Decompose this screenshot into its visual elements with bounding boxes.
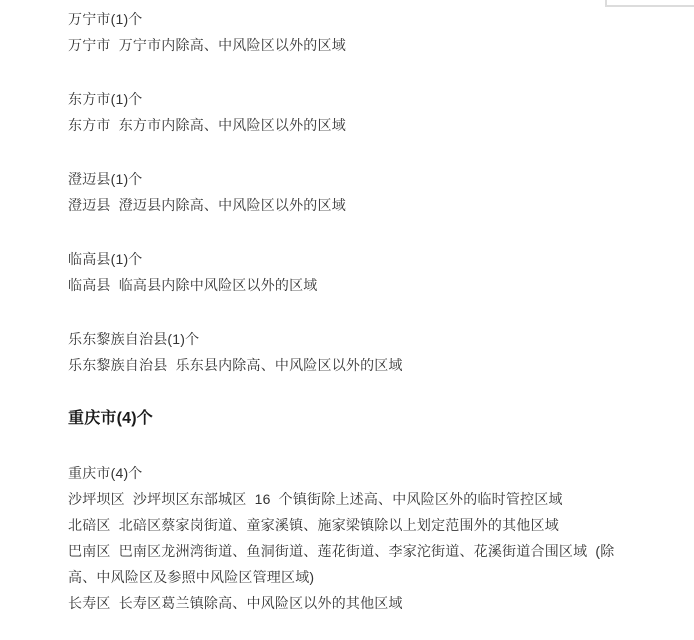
text-line: 临高县 临高县内除中风险区以外的区域 xyxy=(68,272,668,298)
text-line: 澄迈县(1)个 xyxy=(68,166,668,192)
region-group: 万宁市(1)个万宁市 万宁市内除高、中风险区以外的区域 xyxy=(68,6,668,58)
text-line: 万宁市 万宁市内除高、中风险区以外的区域 xyxy=(68,32,668,58)
text-line: 高、中风险区及参照中风险区管理区域) xyxy=(68,564,668,590)
text-line: 重庆市(4)个 xyxy=(68,406,668,432)
text-line: 东方市(1)个 xyxy=(68,86,668,112)
region-group: 东方市(1)个东方市 东方市内除高、中风险区以外的区域 xyxy=(68,86,668,138)
region-group: 临高县(1)个临高县 临高县内除中风险区以外的区域 xyxy=(68,246,668,298)
text-line: 重庆市(4)个 xyxy=(68,460,668,486)
text-line: 巴南区 巴南区龙洲湾街道、鱼洞街道、莲花街道、李家沱街道、花溪街道合围区域 (除 xyxy=(68,538,668,564)
text-line: 沙坪坝区 沙坪坝区东部城区 16 个镇街除上述高、中风险区外的临时管控区域 xyxy=(68,486,668,512)
text-line: 澄迈县 澄迈县内除高、中风险区以外的区域 xyxy=(68,192,668,218)
text-line: 乐东黎族自治县 乐东县内除高、中风险区以外的区域 xyxy=(68,352,668,378)
article: 万宁市(1)个万宁市 万宁市内除高、中风险区以外的区域东方市(1)个东方市 东方… xyxy=(68,6,668,640)
text-line: 临高县(1)个 xyxy=(68,246,668,272)
text-line: 万宁市(1)个 xyxy=(68,6,668,32)
text-line: 北碚区 北碚区蔡家岗街道、童家溪镇、施家梁镇除以上划定范围外的其他区域 xyxy=(68,512,668,538)
text-line: 长寿区 长寿区葛兰镇除高、中风险区以外的其他区域 xyxy=(68,590,668,616)
text-line: 乐东黎族自治县(1)个 xyxy=(68,326,668,352)
page: 万宁市(1)个万宁市 万宁市内除高、中风险区以外的区域东方市(1)个东方市 东方… xyxy=(0,0,694,640)
section-heading: 重庆市(4)个 xyxy=(68,406,668,432)
text-line: 东方市 东方市内除高、中风险区以外的区域 xyxy=(68,112,668,138)
region-group: 乐东黎族自治县(1)个乐东黎族自治县 乐东县内除高、中风险区以外的区域 xyxy=(68,326,668,378)
region-group: 重庆市(4)个沙坪坝区 沙坪坝区东部城区 16 个镇街除上述高、中风险区外的临时… xyxy=(68,460,668,616)
region-group: 澄迈县(1)个澄迈县 澄迈县内除高、中风险区以外的区域 xyxy=(68,166,668,218)
